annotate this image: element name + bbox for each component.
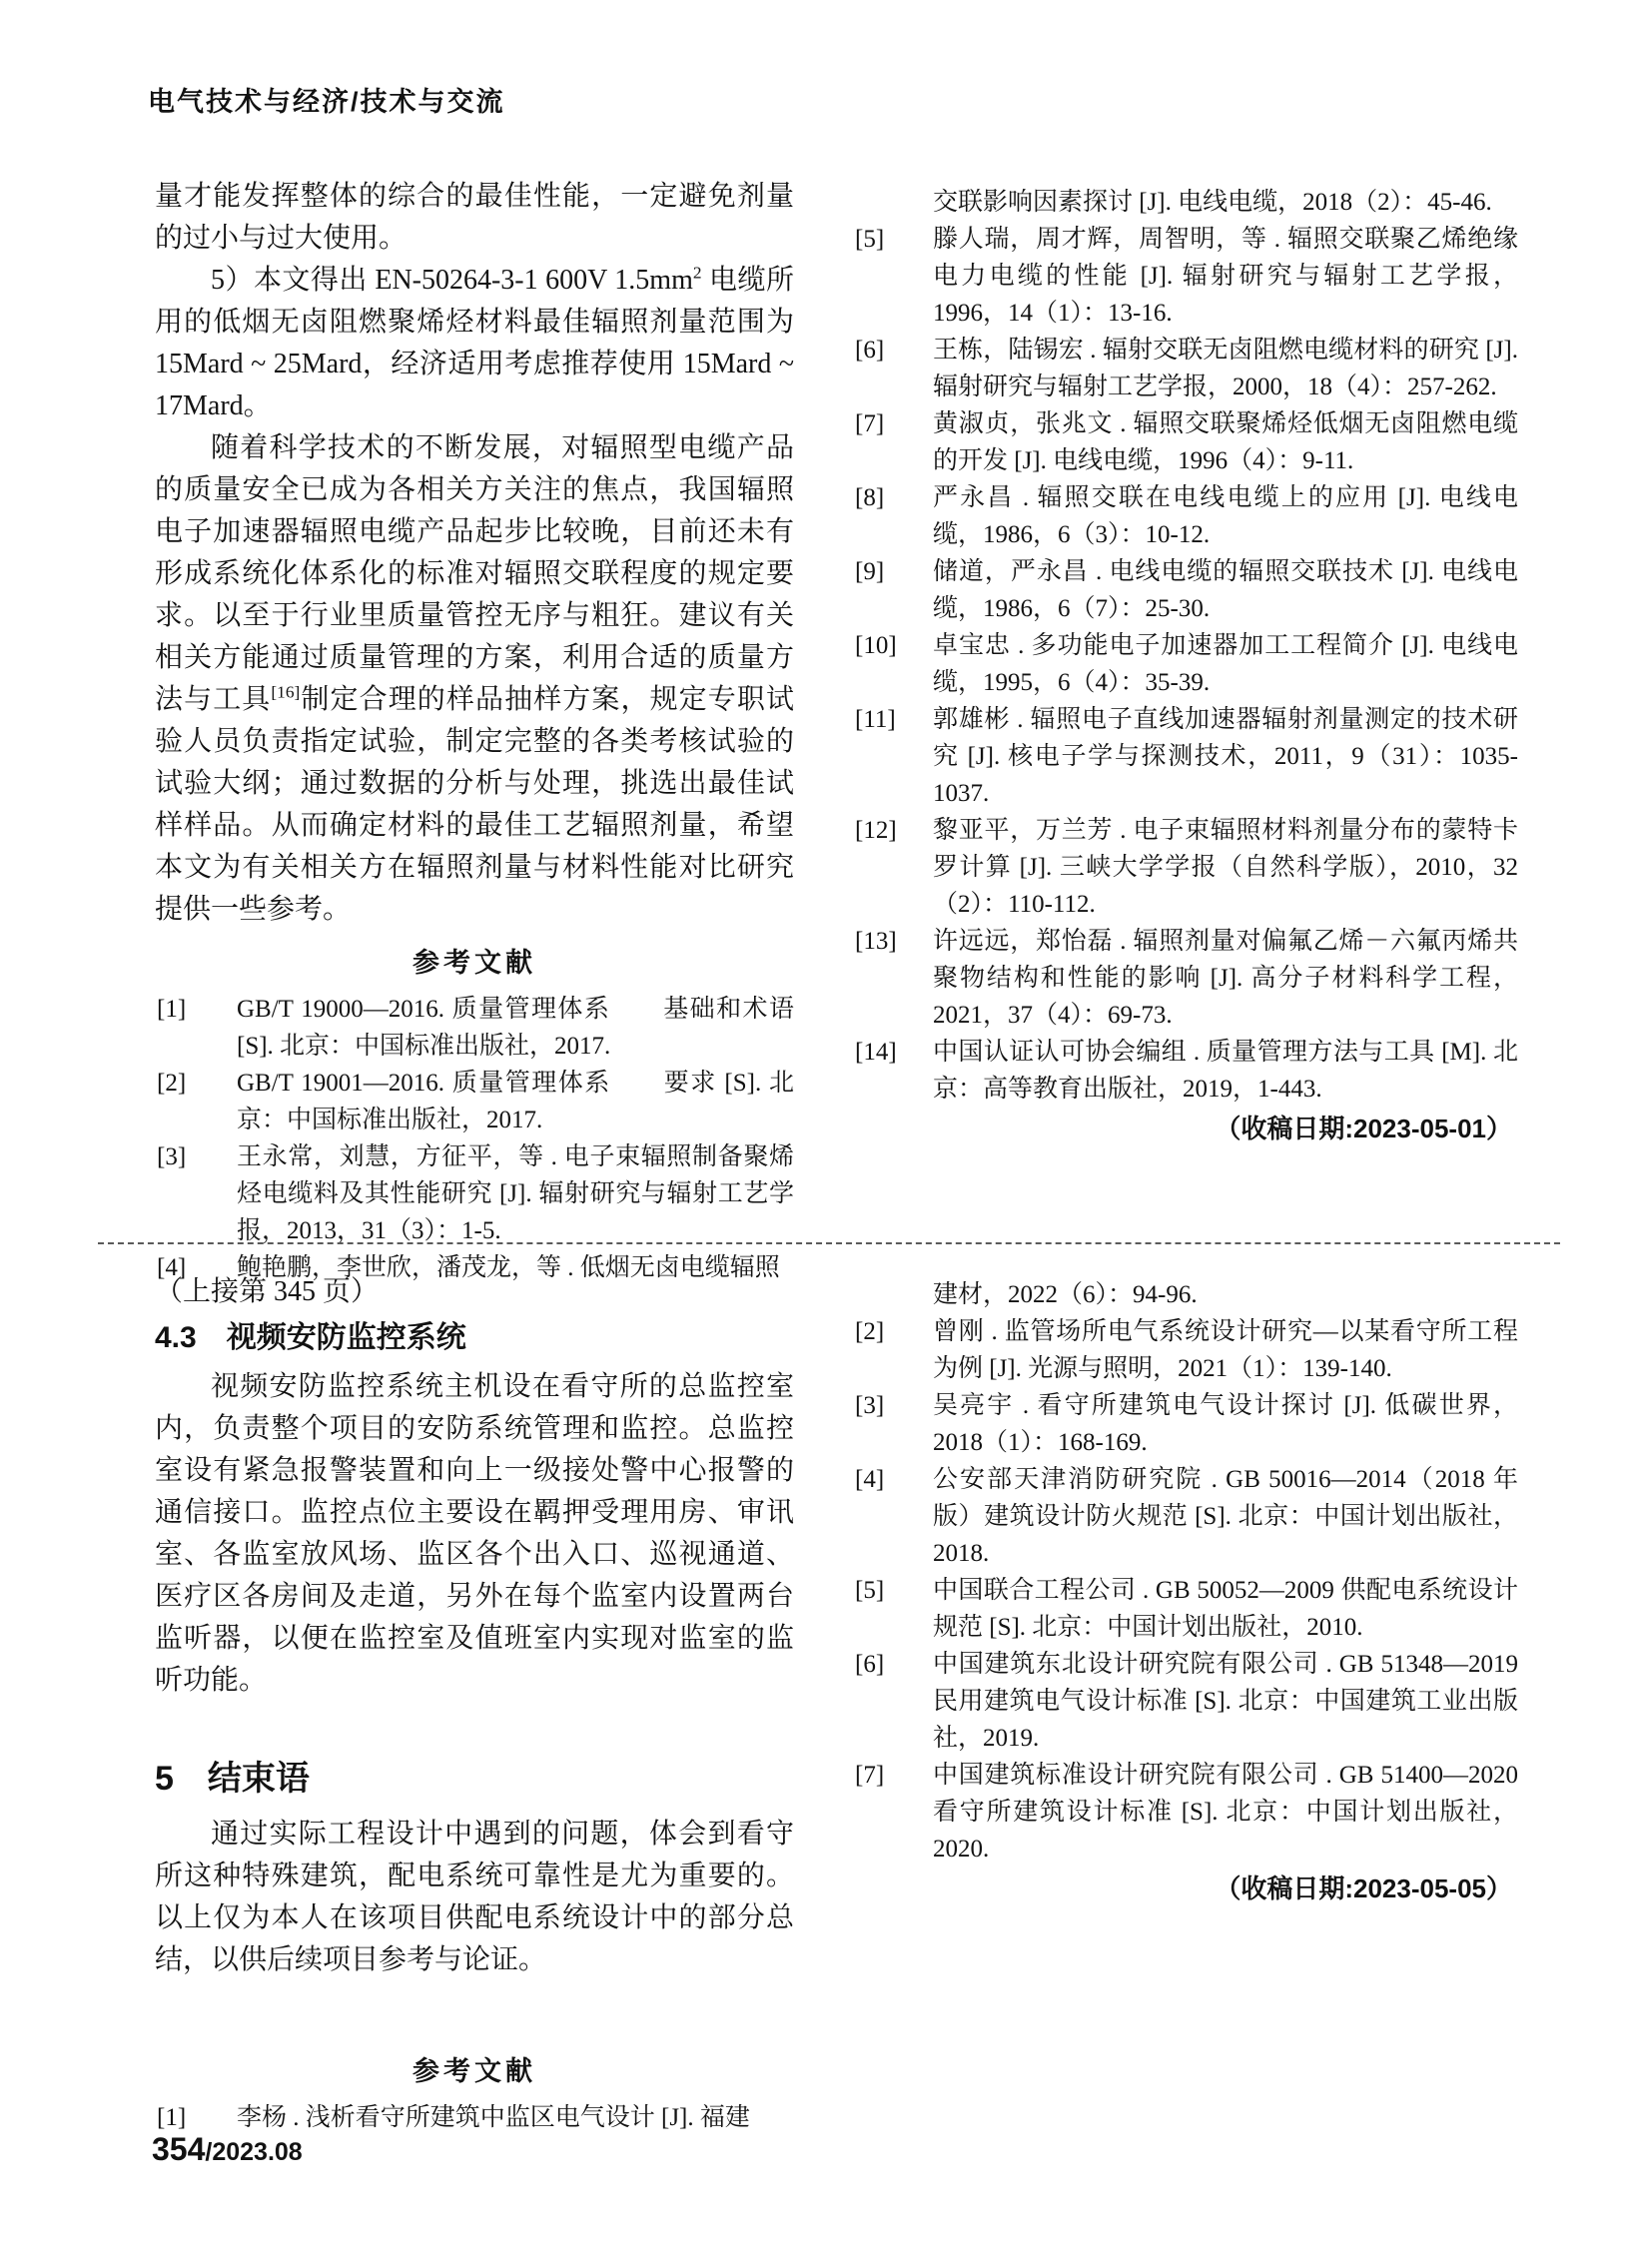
reference-text: 公安部天津消防研究院 . GB 50016—2014（2018 年版）建筑设计防…	[933, 1466, 1518, 1567]
article1-right-column: 交联影响因素探讨 [J]. 电线电缆，2018（2）：45-46. [5] 滕人…	[855, 184, 1518, 1147]
issue-number: /2023.08	[205, 2138, 302, 2166]
paragraph-text: 5）本文得出 EN-50264-3-1 600V 1.5mm	[211, 265, 693, 296]
reference-item: [3] 王永常，刘慧，方征平，等 . 电子束辐照制备聚烯烃电缆料及其性能研究 […	[155, 1138, 794, 1249]
reference-item: [8] 严永昌 . 辐照交联在电线电缆上的应用 [J]. 电线电缆，1986，6…	[855, 479, 1518, 553]
reference-number: [11]	[855, 701, 896, 738]
article1-left-column: 量才能发挥整体的综合的最佳性能，一定避免剂量的过小与过大使用。 5）本文得出 E…	[155, 176, 794, 1286]
section-number: 4.3	[155, 1321, 197, 1354]
reference-number: [7]	[855, 405, 884, 442]
reference-number: [10]	[855, 627, 897, 664]
journal-header: 电气技术与经济/技术与交流	[148, 80, 505, 119]
reference-number: [4]	[855, 1461, 884, 1498]
article2-left-column: （上接第 345 页） 4.3视频安防监控系统 视频安防监控系统主机设在看守所的…	[155, 1270, 794, 2136]
superscript: 2	[693, 264, 702, 283]
reference-number: [2]	[157, 1065, 186, 1102]
section-title: 视频安防监控系统	[227, 1321, 466, 1354]
paragraph-video-security: 视频安防监控系统主机设在看守所的总监控室内，负责整个项目的安防系统管理和监控。总…	[155, 1366, 794, 1702]
section-heading-4-3: 4.3视频安防监控系统	[155, 1316, 794, 1360]
article2-conclusion: 通过实际工程设计中遇到的问题，体会到看守所这种特殊建筑，配电系统可靠性是尤为重要…	[155, 1814, 794, 1981]
reference-text: 郭雄彬 . 辐照电子直线加速器辐射剂量测定的技术研究 [J]. 核电子学与探测技…	[933, 706, 1518, 807]
reference-text: 吴亮宇 . 看守所建筑电气设计探讨 [J]. 低碳世界，2018（1）：168-…	[933, 1392, 1518, 1456]
reference-number: [6]	[855, 1646, 884, 1683]
received-date: （收稿日期:2023-05-05）	[855, 1869, 1518, 1907]
reference-item: [5] 中国联合工程公司 . GB 50052—2009 供配电系统设计规范 […	[855, 1572, 1518, 1646]
reference-item: [7] 中国建筑标准设计研究院有限公司 . GB 51400—2020 看守所建…	[855, 1757, 1518, 1868]
section-heading-5: 5结束语	[155, 1754, 794, 1804]
article2-references-right: 建材，2022（6）：94-96. [2] 曾刚 . 监管场所电气系统设计研究—…	[855, 1276, 1518, 1907]
journal-page: 电气技术与经济/技术与交流 量才能发挥整体的综合的最佳性能，一定避免剂量的过小与…	[0, 0, 1652, 2242]
reference-text: 滕人瑞，周才辉，周智明，等 . 辐照交联聚乙烯绝缘电力电缆的性能 [J]. 辐射…	[933, 226, 1518, 327]
paragraph-conclusion-5: 5）本文得出 EN-50264-3-1 600V 1.5mm2 电缆所用的低烟无…	[155, 260, 794, 427]
reference-number: [1]	[157, 991, 186, 1028]
reference-number: [5]	[855, 1572, 884, 1609]
page-footer: 354/2023.08	[152, 2131, 303, 2168]
reference-text: 王栋，陆锡宏 . 辐射交联无卤阻燃电缆材料的研究 [J]. 辐射研究与辐射工艺学…	[933, 337, 1518, 400]
paragraph-conclusion: 通过实际工程设计中遇到的问题，体会到看守所这种特殊建筑，配电系统可靠性是尤为重要…	[155, 1814, 794, 1981]
reference-text: 中国建筑东北设计研究院有限公司 . GB 51348—2019 民用建筑电气设计…	[933, 1651, 1518, 1752]
reference-number: [3]	[157, 1138, 186, 1175]
reference-text: 王永常，刘慧，方征平，等 . 电子束辐照制备聚烯烃电缆料及其性能研究 [J]. …	[237, 1143, 794, 1244]
reference-item: [5] 滕人瑞，周才辉，周智明，等 . 辐照交联聚乙烯绝缘电力电缆的性能 [J]…	[855, 221, 1518, 332]
reference-item: [2] 曾刚 . 监管场所电气系统设计研究—以某看守所工程为例 [J]. 光源与…	[855, 1313, 1518, 1387]
reference-continuation: 交联影响因素探讨 [J]. 电线电缆，2018（2）：45-46.	[855, 184, 1518, 221]
reference-item: [3] 吴亮宇 . 看守所建筑电气设计探讨 [J]. 低碳世界，2018（1）：…	[855, 1387, 1518, 1461]
reference-item: [13] 许远远，郑怡磊 . 辐照剂量对偏氟乙烯－六氟丙烯共聚物结构和性能的影响…	[855, 923, 1518, 1034]
reference-text: 黄淑贞，张兆文 . 辐照交联聚烯烃低烟无卤阻燃电缆的开发 [J]. 电线电缆，1…	[933, 410, 1518, 474]
reference-number: [7]	[855, 1757, 884, 1794]
reference-item: [1] GB/T 19000—2016. 质量管理体系 基础和术语 [S]. 北…	[155, 991, 794, 1065]
reference-text: 储道，严永昌 . 电线电缆的辐照交联技术 [J]. 电线电缆，1986，6（7）…	[933, 558, 1518, 622]
reference-item: [7] 黄淑贞，张兆文 . 辐照交联聚烯烃低烟无卤阻燃电缆的开发 [J]. 电线…	[855, 405, 1518, 479]
reference-text: 许远远，郑怡磊 . 辐照剂量对偏氟乙烯－六氟丙烯共聚物结构和性能的影响 [J].…	[933, 928, 1518, 1029]
reference-text: 曾刚 . 监管场所电气系统设计研究—以某看守所工程为例 [J]. 光源与照明，2…	[933, 1318, 1518, 1382]
reference-item: [14] 中国认证认可协会编组 . 质量管理方法与工具 [M]. 北京：高等教育…	[855, 1034, 1518, 1108]
reference-text: 中国联合工程公司 . GB 50052—2009 供配电系统设计规范 [S]. …	[933, 1577, 1518, 1641]
reference-item: [6] 王栋，陆锡宏 . 辐射交联无卤阻燃电缆材料的研究 [J]. 辐射研究与辐…	[855, 332, 1518, 405]
reference-text: 严永昌 . 辐照交联在电线电缆上的应用 [J]. 电线电缆，1986，6（3）：…	[933, 484, 1518, 548]
reference-number: [5]	[855, 221, 884, 258]
reference-continuation: 建材，2022（6）：94-96.	[855, 1276, 1518, 1313]
continued-from-note: （上接第 345 页）	[155, 1270, 794, 1314]
reference-item: [12] 黎亚平，万兰芳 . 电子束辐照材料剂量分布的蒙特卡罗计算 [J]. 三…	[855, 812, 1518, 923]
reference-item: [9] 储道，严永昌 . 电线电缆的辐照交联技术 [J]. 电线电缆，1986，…	[855, 553, 1518, 627]
reference-number: [9]	[855, 553, 884, 590]
reference-item: [2] GB/T 19001—2016. 质量管理体系 要求 [S]. 北京：中…	[155, 1065, 794, 1138]
article1-body: 量才能发挥整体的综合的最佳性能，一定避免剂量的过小与过大使用。 5）本文得出 E…	[155, 176, 794, 931]
paragraph-outlook: 随着科学技术的不断发展，对辐照型电缆产品的质量安全已成为各相关方关注的焦点，我国…	[155, 427, 794, 931]
references-heading: 参考文献	[155, 943, 794, 983]
references-heading: 参考文献	[155, 2051, 794, 2091]
reference-item: [4] 公安部天津消防研究院 . GB 50016—2014（2018 年版）建…	[855, 1461, 1518, 1572]
reference-text: 李杨 . 浅析看守所建筑中监区电气设计 [J]. 福建	[237, 2104, 750, 2131]
reference-text: 中国认证认可协会编组 . 质量管理方法与工具 [M]. 北京：高等教育出版社，2…	[933, 1039, 1518, 1103]
reference-text: 黎亚平，万兰芳 . 电子束辐照材料剂量分布的蒙特卡罗计算 [J]. 三峡大学学报…	[933, 817, 1518, 918]
reference-number: [3]	[855, 1387, 884, 1424]
citation-superscript: [16]	[271, 683, 300, 702]
reference-item: [6] 中国建筑东北设计研究院有限公司 . GB 51348—2019 民用建筑…	[855, 1646, 1518, 1757]
reference-number: [8]	[855, 479, 884, 516]
reference-text: GB/T 19000—2016. 质量管理体系 基础和术语 [S]. 北京：中国…	[237, 996, 794, 1060]
reference-item: [10] 卓宝忠 . 多功能电子加速器加工工程简介 [J]. 电线电缆，1995…	[855, 627, 1518, 701]
received-date: （收稿日期:2023-05-01）	[855, 1110, 1518, 1147]
reference-text: 中国建筑标准设计研究院有限公司 . GB 51400—2020 看守所建筑设计标…	[933, 1762, 1518, 1863]
article1-references-right: 交联影响因素探讨 [J]. 电线电缆，2018（2）：45-46. [5] 滕人…	[855, 184, 1518, 1147]
article1-references-left: 参考文献 [1] GB/T 19000—2016. 质量管理体系 基础和术语 […	[155, 943, 794, 1286]
reference-item: [11] 郭雄彬 . 辐照电子直线加速器辐射剂量测定的技术研究 [J]. 核电子…	[855, 701, 1518, 812]
reference-number: [12]	[855, 812, 897, 849]
article2-right-column: 建材，2022（6）：94-96. [2] 曾刚 . 监管场所电气系统设计研究—…	[855, 1276, 1518, 1907]
paragraph-continuation: 量才能发挥整体的综合的最佳性能，一定避免剂量的过小与过大使用。	[155, 176, 794, 260]
article-divider-dashed-line	[98, 1242, 1560, 1244]
paragraph-text: 随着科学技术的不断发展，对辐照型电缆产品的质量安全已成为各相关方关注的焦点，我国…	[155, 432, 794, 715]
page-number: 354	[152, 2131, 205, 2167]
reference-number: [13]	[855, 923, 897, 960]
reference-number: [6]	[855, 332, 884, 369]
section-number: 5	[155, 1760, 174, 1798]
reference-text: 卓宝忠 . 多功能电子加速器加工工程简介 [J]. 电线电缆，1995，6（4）…	[933, 632, 1518, 696]
article2-body: 视频安防监控系统主机设在看守所的总监控室内，负责整个项目的安防系统管理和监控。总…	[155, 1366, 794, 1702]
reference-text: GB/T 19001—2016. 质量管理体系 要求 [S]. 北京：中国标准出…	[237, 1070, 794, 1133]
article2-references-left: 参考文献 [1] 李杨 . 浅析看守所建筑中监区电气设计 [J]. 福建	[155, 2051, 794, 2136]
paragraph-text: 制定合理的样品抽样方案，规定专职试验人员负责指定试验，制定完整的各类考核试验的试…	[155, 684, 794, 925]
section-title: 结束语	[208, 1760, 310, 1798]
reference-number: [2]	[855, 1313, 884, 1350]
reference-number: [14]	[855, 1034, 897, 1071]
